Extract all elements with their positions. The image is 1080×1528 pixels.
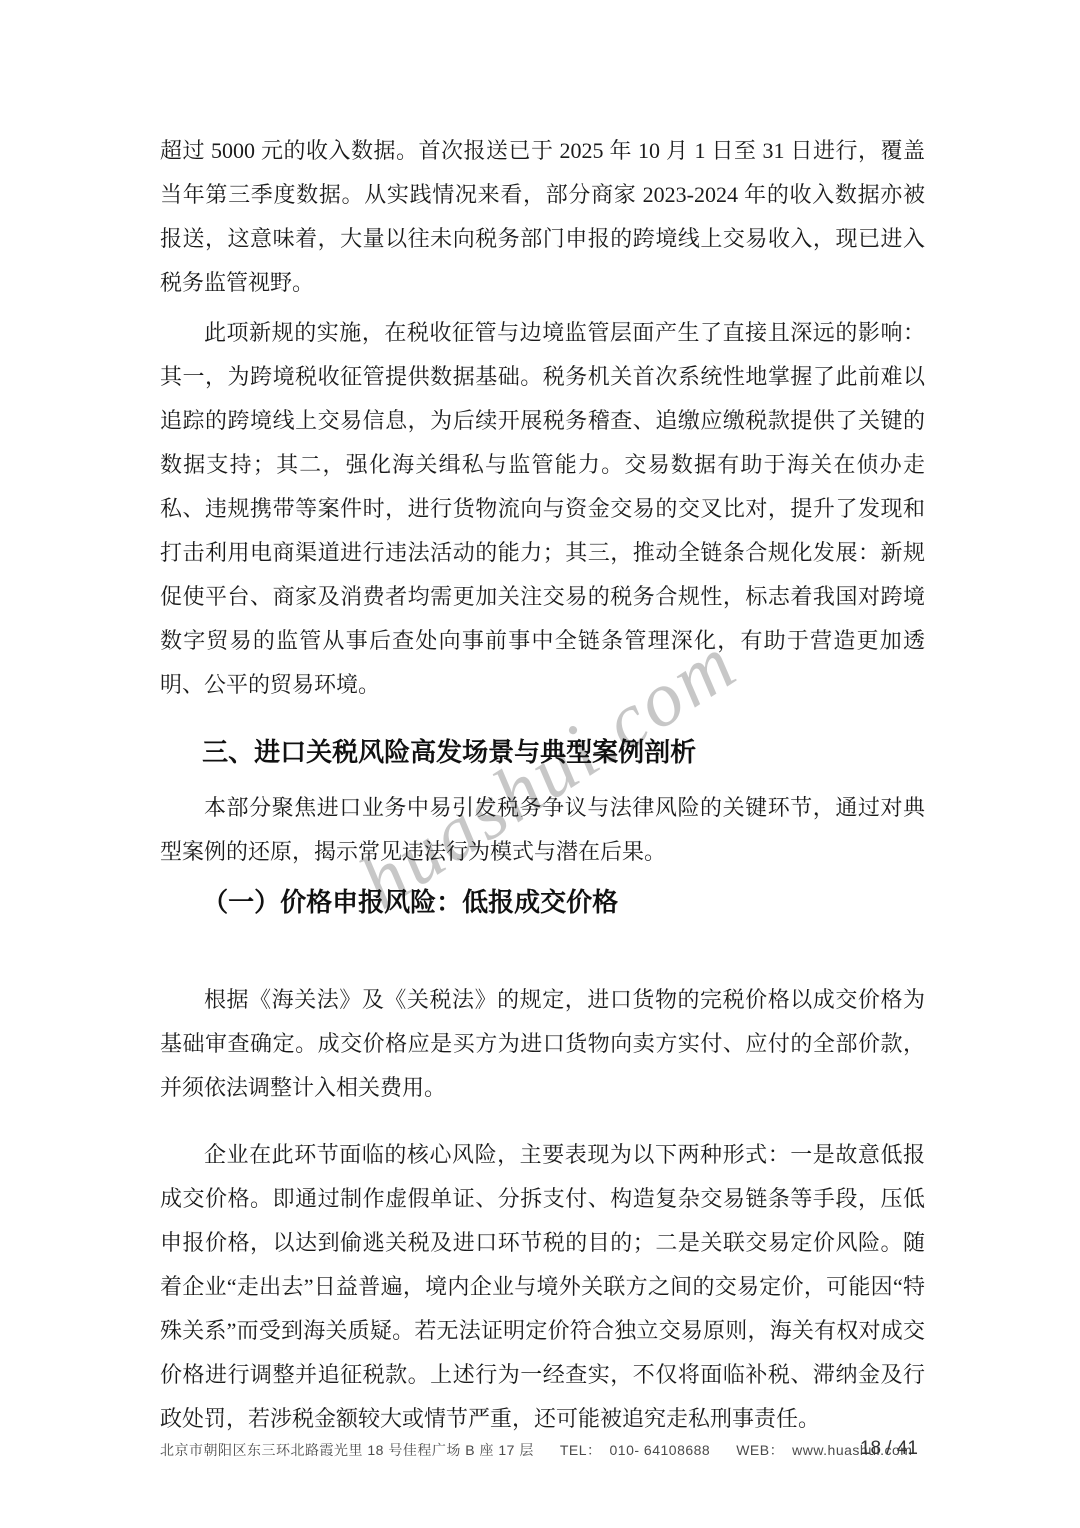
page-number: 18 / 41 — [860, 1438, 918, 1460]
document-content: 超过 5000 元的收入数据。首次报送已于 2025 年 10 月 1 日至 3… — [160, 0, 925, 1441]
footer-tel-label: TEL： — [560, 1440, 602, 1460]
footer-tel-value: 010- 64108688 — [610, 1442, 711, 1458]
footer-web-label: WEB： — [736, 1440, 784, 1460]
paragraph-impact: 此项新规的实施，在税收征管与边境监管层面产生了直接且深远的影响：其一，为跨境税收… — [160, 311, 925, 707]
paragraph-risk-forms: 企业在此环节面临的核心风险，主要表现为以下两种形式：一是故意低报成交价格。即通过… — [160, 1133, 925, 1441]
footer-tel: TEL： 010- 64108688 — [560, 1440, 710, 1460]
paragraph-continuation: 超过 5000 元的收入数据。首次报送已于 2025 年 10 月 1 日至 3… — [160, 129, 925, 305]
document-page: huashui.com 超过 5000 元的收入数据。首次报送已于 2025 年… — [0, 0, 1080, 1528]
paragraph-legal-basis: 根据《海关法》及《关税法》的规定，进口货物的完税价格以成交价格为基础审查确定。成… — [160, 978, 925, 1110]
subsection-heading: （一）价格申报风险：低报成交价格 — [160, 881, 925, 925]
paragraph-section-intro: 本部分聚焦进口业务中易引发税务争议与法律风险的关键环节，通过对典型案例的还原，揭… — [160, 786, 925, 874]
section-heading: 三、进口关税风险高发场景与典型案例剖析 — [160, 731, 925, 775]
footer-address: 北京市朝阳区东三环北路霞光里 18 号佳程广场 B 座 17 层 — [160, 1440, 534, 1460]
footer: 北京市朝阳区东三环北路霞光里 18 号佳程广场 B 座 17 层 TEL： 01… — [160, 1440, 912, 1460]
